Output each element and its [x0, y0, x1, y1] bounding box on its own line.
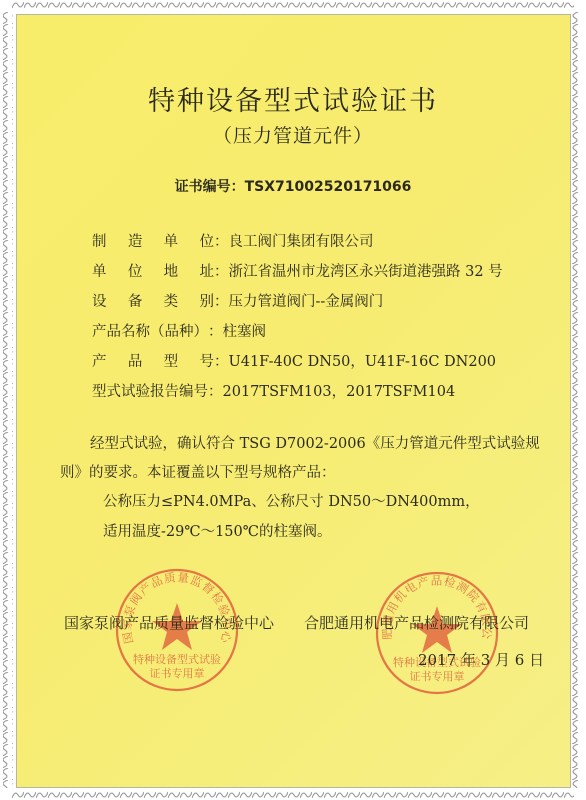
body-line-2: 则》的要求。本证覆盖以下型号规格产品：	[60, 461, 336, 482]
field-product-name: 产品名称（品种）：柱塞阀	[92, 320, 266, 341]
body-item-1: 公称压力≤PN4.0MPa、公称尺寸 DN50～DN400mm，	[103, 490, 480, 511]
field-label: 产品型号	[92, 350, 214, 371]
seal-right: 合肥通用机电产品检测院有限公司 特种设备型式试验 证书专用章	[372, 568, 502, 698]
field-value: 2017TSFM103，2017TSFM104	[223, 384, 456, 400]
field-label: 制造单位	[92, 230, 214, 251]
field-label: 单位地址	[92, 260, 214, 281]
body-item-2: 适用温度-29℃～150℃的柱塞阀。	[103, 520, 331, 541]
field-label: 型式试验报告编号	[92, 380, 208, 401]
field-value: 压力管道阀门--金属阀门	[229, 294, 384, 310]
field-address: 单位地址 ：浙江省温州市龙湾区永兴街道港强路 32 号	[92, 260, 503, 281]
field-value: 良工阀门集团有限公司	[229, 234, 374, 250]
field-manufacturer: 制造单位 ：良工阀门集团有限公司	[92, 230, 374, 251]
field-label: 设备类别	[92, 290, 214, 311]
field-report-number: 型式试验报告编号：2017TSFM103，2017TSFM104	[92, 380, 455, 401]
seal-left-line1: 特种设备型式试验	[133, 652, 221, 666]
field-value: 柱塞阀	[223, 324, 267, 340]
field-label: 产品名称（品种）	[92, 320, 208, 341]
field-equipment-category: 设备类别 ：压力管道阀门--金属阀门	[92, 290, 383, 311]
certificate-number: 证书编号：TSX71002520171066	[0, 176, 586, 196]
certificate-subtitle: （压力管道元件）	[0, 121, 586, 148]
certificate-number-label: 证书编号：	[175, 179, 245, 195]
field-product-model: 产品型号 ：U41F-40C DN50，U41F-16C DN200	[92, 350, 496, 371]
certificate-title: 特种设备型式试验证书	[0, 79, 586, 118]
issuer-left: 国家泵阀产品质量监督检验中心	[64, 612, 274, 633]
field-value: U41F-40C DN50，U41F-16C DN200	[229, 354, 497, 370]
seal-left-line2: 证书专用章	[150, 666, 205, 680]
issuer-right: 合肥通用机电产品检测院有限公司	[304, 612, 529, 633]
body-line-1: 经型式试验，确认符合 TSG D7002-2006《压力管道元件型式试验规	[90, 432, 540, 453]
issue-date: 2017 年 3 月 6 日	[418, 649, 544, 670]
field-value: 浙江省温州市龙湾区永兴街道港强路 32 号	[229, 264, 503, 280]
seal-right-line2: 证书专用章	[410, 669, 465, 683]
certificate-number-value: TSX71002520171066	[245, 179, 412, 195]
